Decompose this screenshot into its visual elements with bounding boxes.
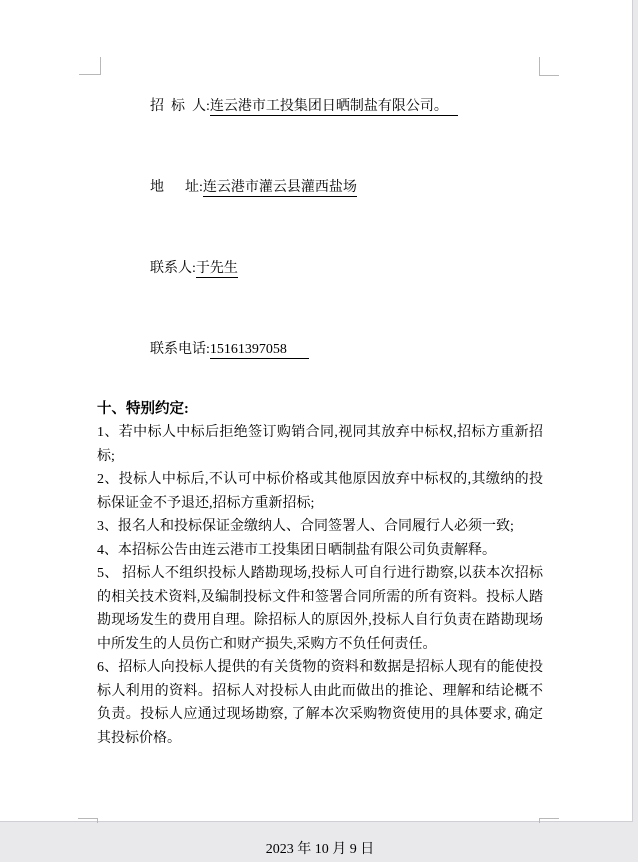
phone-label: 联系电话: xyxy=(150,342,210,357)
document-content: 招 标 人:连云港市工投集团日晒制盐有限公司。 地 址:连云港市灌云县灌西盐场 … xyxy=(97,66,543,825)
tenderer-label: 招 标 人: xyxy=(150,99,210,114)
text-boundary-mark-bottom-left xyxy=(78,818,98,823)
clause-paragraph-1: 1、若中标人中标后拒绝签订购销合同,视同其放弃中标权,招标方重新招标; xyxy=(97,421,543,468)
clause-paragraph-2: 2、投标人中标后,不认可中标价格或其他原因放弃中标权的,其缴纳的投标保证金不予退… xyxy=(97,468,543,515)
contact-person-label: 联系人: xyxy=(150,261,196,276)
document-page: 招 标 人:连云港市工投集团日晒制盐有限公司。 地 址:连云港市灌云县灌西盐场 … xyxy=(0,0,633,822)
tenderer-value: 连云港市工投集团日晒制盐有限公司。 xyxy=(210,99,458,116)
contact-row-phone: 联系电话:15161397058 xyxy=(122,309,543,390)
clause-paragraph-3: 3、报名人和投标保证金缴纳人、合同签署人、合同履行人必须一致; xyxy=(97,515,543,539)
contact-row-address: 地 址:连云港市灌云县灌西盐场 xyxy=(122,147,543,228)
address-label: 地 址: xyxy=(150,180,203,195)
contact-person-value: 于先生 xyxy=(196,261,238,278)
contact-info-block: 招 标 人:连云港市工投集团日晒制盐有限公司。 地 址:连云港市灌云县灌西盐场 … xyxy=(122,66,543,390)
phone-value: 15161397058 xyxy=(210,342,309,359)
clause-paragraph-4: 4、本招标公告由连云港市工投集团日晒制盐有限公司负责解释。 xyxy=(97,539,543,563)
contact-row-contact-person: 联系人:于先生 xyxy=(122,228,543,309)
address-value: 连云港市灌云县灌西盐场 xyxy=(203,180,357,197)
contact-row-tenderer: 招 标 人:连云港市工投集团日晒制盐有限公司。 xyxy=(122,66,543,147)
clause-paragraph-5: 5、 招标人不组织投标人踏勘现场,投标人可自行进行勘察,以获本次招标的相关技术资… xyxy=(97,562,543,656)
clause-paragraph-6: 6、招标人向投标人提供的有关货物的资料和数据是招标人现有的能使投标人利用的资料。… xyxy=(97,656,543,750)
special-terms-heading: 十、特别约定: xyxy=(97,397,543,421)
